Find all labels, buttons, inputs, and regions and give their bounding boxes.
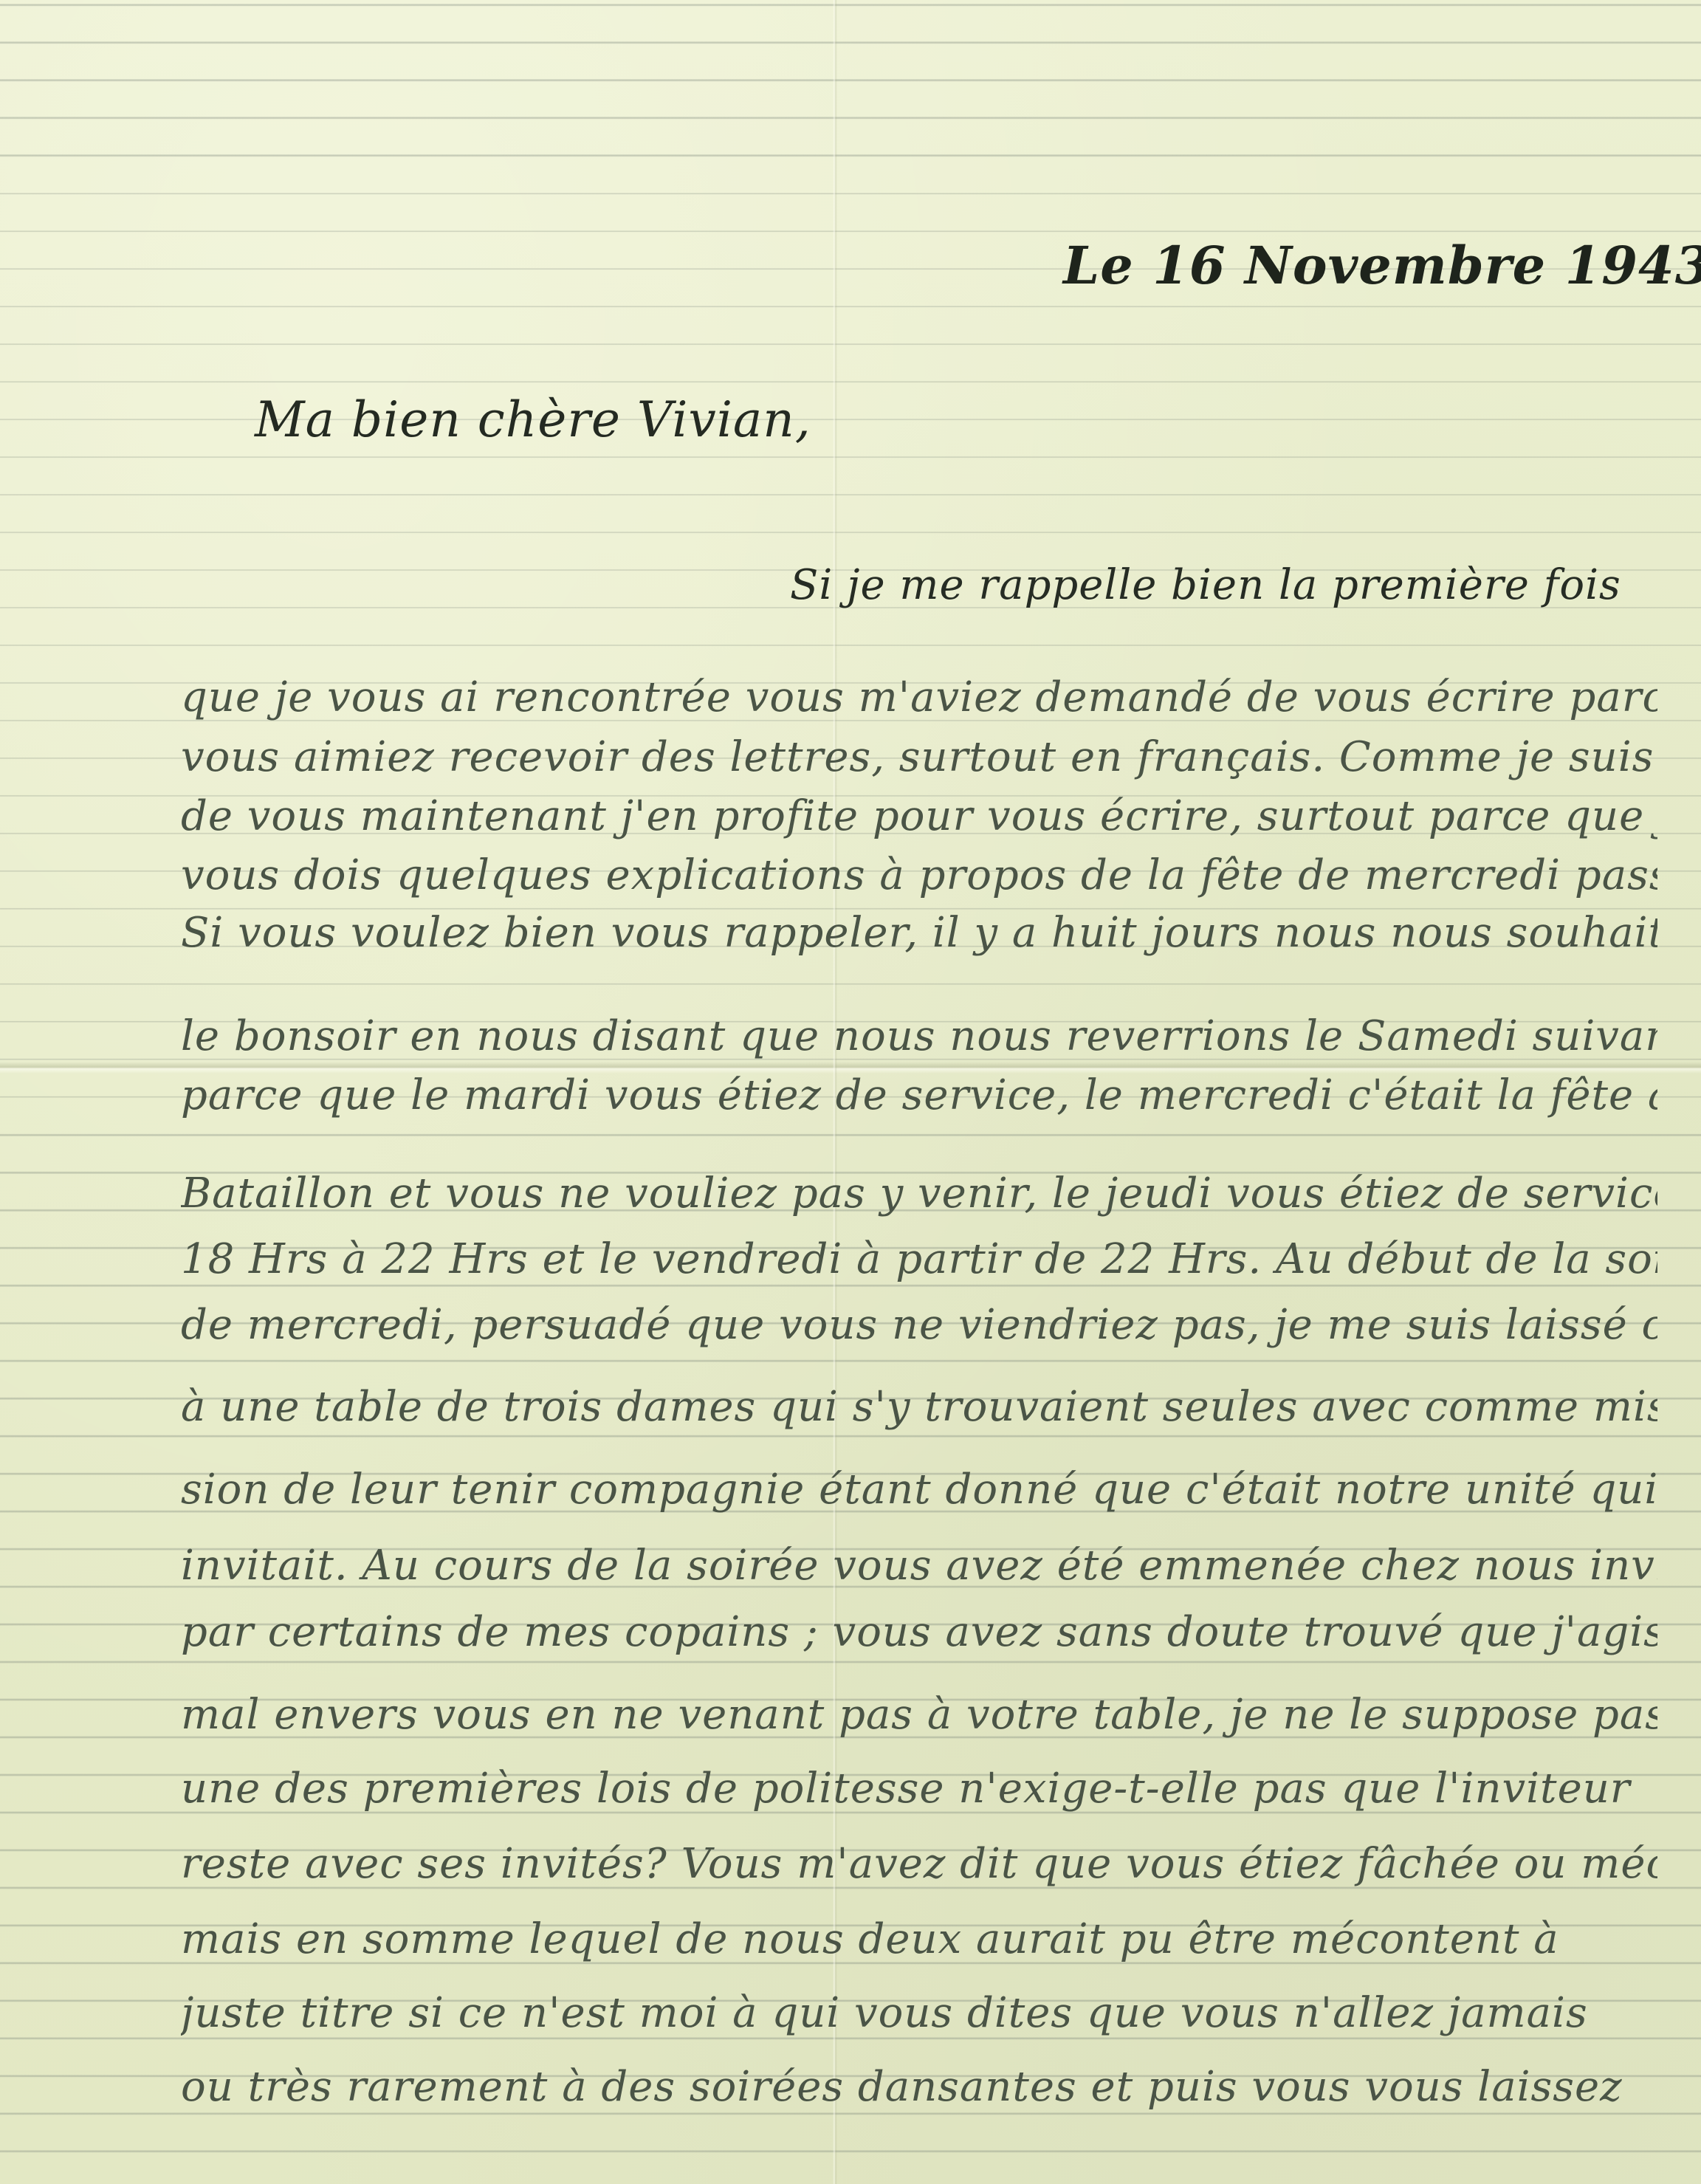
letter-salutation: Ma bien chère Vivian, [255, 391, 811, 448]
letter-line: de mercredi, persuadé que vous ne viendr… [181, 1301, 1657, 1349]
letter-line: mais en somme lequel de nous deux aurait… [181, 1915, 1657, 1963]
letter-line: que je vous ai rencontrée vous m'aviez d… [181, 673, 1657, 721]
letter-line: parce que le mardi vous étiez de service… [181, 1071, 1657, 1119]
letter-line: par certains de mes copains ; vous avez … [181, 1608, 1657, 1656]
letter-line: une des premières lois de politesse n'ex… [181, 1765, 1657, 1813]
letter-line: 18 Hrs à 22 Hrs et le vendredi à partir … [181, 1235, 1657, 1283]
letter-page: Le 16 Novembre 1943. Ma bien chère Vivia… [0, 0, 1701, 2184]
letter-line: Bataillon et vous ne vouliez pas y venir… [181, 1170, 1657, 1218]
letter-line: Si vous voulez bien vous rappeler, il y … [181, 909, 1657, 957]
letter-line: ou très rarement à des soirées dansantes… [181, 2063, 1657, 2111]
letter-line: Si je me rappelle bien la première fois [790, 561, 1701, 609]
letter-line: vous dois quelques explications à propos… [181, 851, 1657, 899]
letter-line: à une table de trois dames qui s'y trouv… [181, 1383, 1657, 1431]
letter-line: le bonsoir en nous disant que nous nous … [181, 1012, 1657, 1060]
letter-line: sion de leur tenir compagnie étant donné… [181, 1466, 1657, 1514]
letter-line: de vous maintenant j'en profite pour vou… [181, 792, 1657, 840]
letter-line: invitait. Au cours de la soirée vous ave… [181, 1542, 1657, 1590]
letter-line: vous aimiez recevoir des lettres, surtou… [181, 733, 1657, 781]
letter-line: mal envers vous en ne venant pas à votre… [181, 1691, 1657, 1739]
letter-line: juste titre si ce n'est moi à qui vous d… [181, 1989, 1657, 2037]
letter-date: Le 16 Novembre 1943. [1063, 235, 1701, 296]
letter-line: reste avec ses invités? Vous m'avez dit … [181, 1840, 1657, 1888]
